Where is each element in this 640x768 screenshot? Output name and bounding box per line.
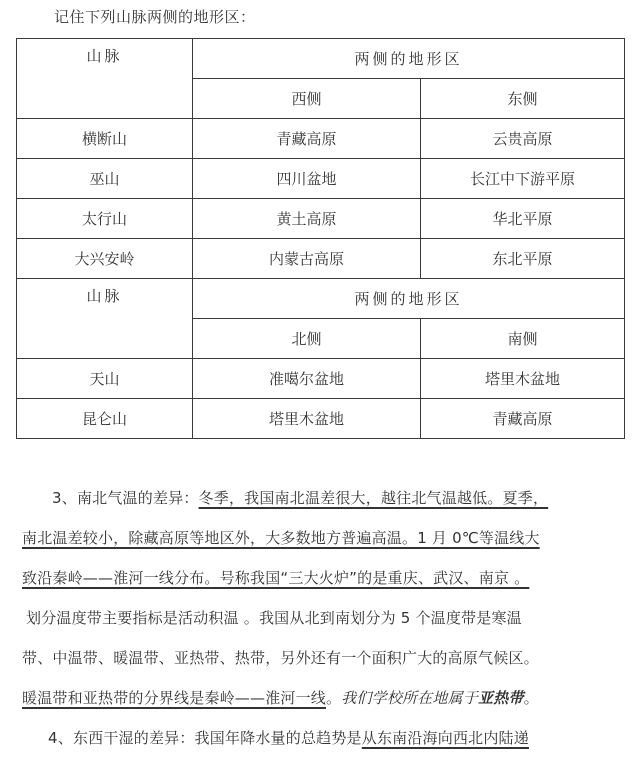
header-east: 东侧 [421, 79, 625, 119]
south-cell: 青藏高原 [421, 399, 625, 439]
section3-line6: 暖温带和亚热带的分界线是秦岭——淮河一线。我们学校所在地属于亚热带。 [22, 688, 622, 708]
underlined-text: 从东南沿海向西北内陆递 [362, 729, 529, 747]
header-south: 南侧 [421, 319, 625, 359]
east-cell: 云贵高原 [421, 119, 625, 159]
header-mountain: 山脉 [17, 39, 193, 119]
mountain-cell: 太行山 [17, 199, 193, 239]
header-terrain: 两侧的地形区 [193, 39, 625, 79]
north-cell: 塔里木盆地 [193, 399, 421, 439]
header-mountain-2: 山脉 [17, 279, 193, 359]
underlined-text: 南北温差较小，除藏高原等地区外，大多数地方普遍高温。1 月 0℃等温线大 [22, 529, 540, 547]
table-row: 昆仑山 塔里木盆地 青藏高原 [17, 399, 625, 439]
west-cell: 内蒙古高原 [193, 239, 421, 279]
west-cell: 青藏高原 [193, 119, 421, 159]
intro-text: 记住下列山脉两侧的地形区： [54, 6, 256, 27]
underlined-text: 冬季，我国南北温差很大，越往北气温越低。夏季， [199, 489, 549, 507]
section3-line1: 3、南北气温的差异：冬季，我国南北温差很大，越往北气温越低。夏季， [52, 488, 640, 508]
header-terrain-2: 两侧的地形区 [193, 279, 625, 319]
south-cell: 塔里木盆地 [421, 359, 625, 399]
table-row: 天山 准噶尔盆地 塔里木盆地 [17, 359, 625, 399]
punctuation: 。 [326, 689, 341, 707]
underlined-text: 致沿秦岭——淮河一线分布。号称我国“三大火炉”的是重庆、武汉、南京 。 [22, 569, 529, 587]
header-west: 西侧 [193, 79, 421, 119]
north-cell: 准噶尔盆地 [193, 359, 421, 399]
table-row: 巫山 四川盆地 长江中下游平原 [17, 159, 625, 199]
terrain-table: 山脉 两侧的地形区 西侧 东侧 横断山 青藏高原 云贵高原 巫山 四川盆地 长江… [16, 38, 625, 439]
table-row: 横断山 青藏高原 云贵高原 [17, 119, 625, 159]
east-cell: 华北平原 [421, 199, 625, 239]
section4-heading: 4、东西干湿的差异：我国年降水量的总趋势是 [48, 729, 362, 747]
punctuation: 。 [524, 689, 539, 707]
italic-text: 我们学校所在地属于 [341, 689, 478, 707]
section3-line3: 致沿秦岭——淮河一线分布。号称我国“三大火炉”的是重庆、武汉、南京 。 [22, 568, 622, 588]
mountain-cell: 巫山 [17, 159, 193, 199]
bold-italic-text: 亚热带 [478, 689, 524, 707]
section3-line4: 划分温度带主要指标是活动积温 。我国从北到南划分为 5 个温度带是寒温 [26, 608, 626, 628]
east-cell: 长江中下游平原 [421, 159, 625, 199]
underlined-text: 暖温带和亚热带的分界线是秦岭——淮河一线 [22, 689, 326, 707]
table-row: 大兴安岭 内蒙古高原 东北平原 [17, 239, 625, 279]
mountain-cell: 大兴安岭 [17, 239, 193, 279]
section3-heading: 3、南北气温的差异： [52, 489, 199, 507]
west-cell: 黄土高原 [193, 199, 421, 239]
mountain-cell: 天山 [17, 359, 193, 399]
header-north: 北侧 [193, 319, 421, 359]
mountain-cell: 横断山 [17, 119, 193, 159]
section3-line2: 南北温差较小，除藏高原等地区外，大多数地方普遍高温。1 月 0℃等温线大 [22, 528, 622, 548]
mountain-cell: 昆仑山 [17, 399, 193, 439]
table-row: 太行山 黄土高原 华北平原 [17, 199, 625, 239]
section4-line1: 4、东西干湿的差异：我国年降水量的总趋势是从东南沿海向西北内陆递 [48, 728, 640, 748]
section3-line5: 带、中温带、暖温带、亚热带、热带，另外还有一个面积广大的高原气候区。 [22, 648, 622, 668]
west-cell: 四川盆地 [193, 159, 421, 199]
east-cell: 东北平原 [421, 239, 625, 279]
